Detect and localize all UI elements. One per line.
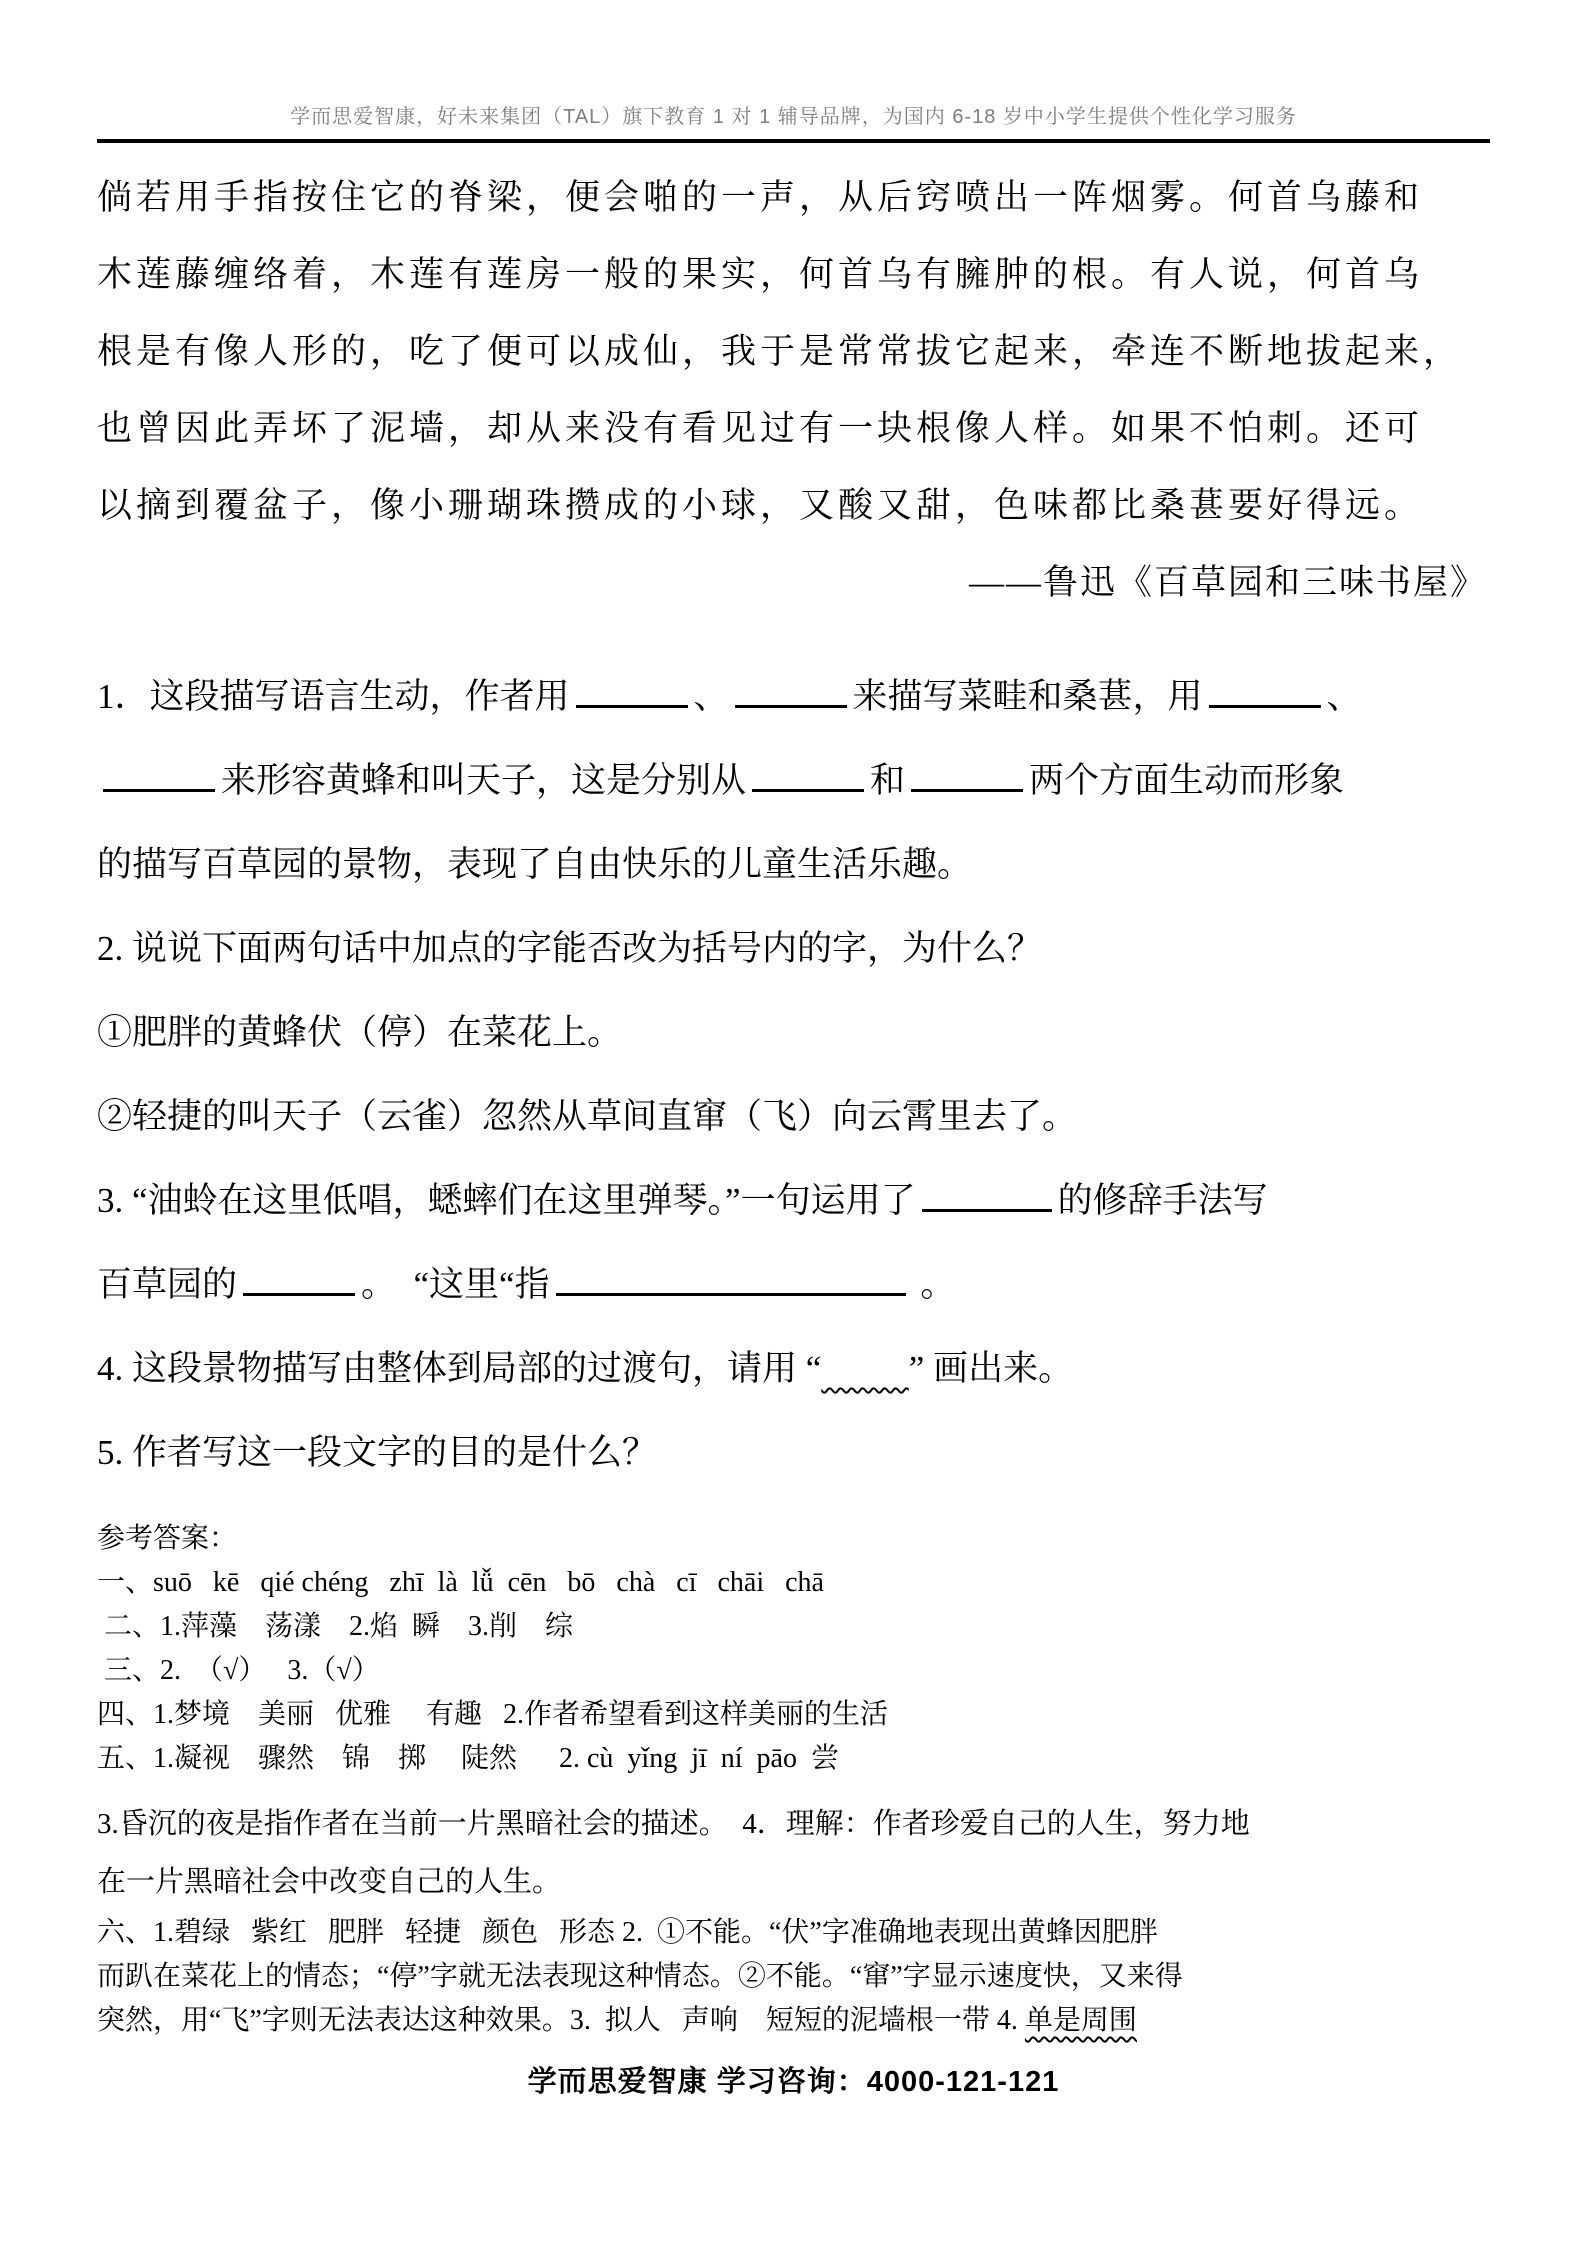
answer-row-7: 六、1.碧绿 紫红 肥胖 轻捷 颜色 形态 2. ①不能。“伏”字准确地表现出黄… (97, 1911, 1490, 1955)
answer-blank (752, 754, 864, 792)
passage-attribution: ——鲁迅《百草园和三味书屋》 (0, 544, 1587, 621)
question-1-text: 1．这段描写语言生动，作者用 (97, 677, 570, 716)
answer-row-8: 而趴在菜花上的情态；“停”字就无法表现这种情态。②不能。“窜”字显示速度快，又来… (97, 1955, 1490, 1999)
question-2-item-1: ①肥胖的黄蜂伏（停）在菜花上。 (97, 991, 1490, 1075)
answer-blank (911, 754, 1023, 792)
question-3-line-1: 3. “油蛉在这里低唱，蟋蟀们在这里弹琴。”一句运用了的修辞手法写 (97, 1159, 1490, 1243)
question-4: 4. 这段景物描写由整体到局部的过渡句，请用 “ ” 画出来。 (97, 1327, 1490, 1411)
question-2-item-2: ②轻捷的叫天子（云雀）忽然从草间直窜（飞）向云霄里去了。 (97, 1075, 1490, 1159)
wavy-line-blank (821, 1349, 909, 1388)
passage-line-3: 根是有像人形的，吃了便可以成仙，我于是常常拔它起来，牵连不断地拔起来， (97, 313, 1490, 390)
answer-row-6-line-1: 3.昏沉的夜是指作者在当前一片黑暗社会的描述。 4．理解：作者珍爱自己的人生，努… (97, 1795, 1490, 1853)
answer-blank (556, 1258, 906, 1296)
passage-line-2: 木莲藤缠络着，木莲有莲房一般的果实，何首乌有臃肿的根。有人说，何首乌 (97, 236, 1490, 313)
question-3-line-2: 百草园的。 “这里“指 。 (97, 1243, 1490, 1327)
header-text: 学而思爱智康，好未来集团（TAL）旗下教育 1 对 1 辅导品牌，为国内 6-1… (0, 0, 1587, 129)
answer-row-4: 四、1.梦境 美丽 优雅 有趣 2.作者希望看到这样美丽的生活 (97, 1693, 1490, 1737)
answer-blank (243, 1258, 355, 1296)
answer-row-6-line-2: 在一片黑暗社会中改变自己的人生。 (97, 1853, 1490, 1911)
answer-blank (1209, 670, 1321, 708)
answers-title: 参考答案： (97, 1517, 1490, 1561)
answer-blank (576, 670, 688, 708)
question-1-line-2: 来形容黄蜂和叫天子，这是分别从和两个方面生动而形象 (97, 739, 1490, 823)
answer-blank (922, 1174, 1052, 1212)
answer-row-3: 三、2. （√） 3.（√） (97, 1649, 1490, 1693)
header-divider (97, 139, 1490, 143)
answer-row-1-pinyin: 一、suō kē qié chéng zhī là lǚ cēn bō chà … (97, 1561, 1490, 1605)
question-5: 5. 作者写这一段文字的目的是什么？ (97, 1411, 1490, 1495)
wavy-underlined-answer: 单是周围 (1025, 2005, 1137, 2036)
passage-line-5: 以摘到覆盆子，像小珊瑚珠攒成的小球，又酸又甜，色味都比桑葚要好得远。 (97, 467, 1490, 544)
question-2-title: 2. 说说下面两句话中加点的字能否改为括号内的字，为什么？ (97, 907, 1490, 991)
answer-row-2: 二、1.萍藻 荡漾 2.焰 瞬 3.削 综 (97, 1605, 1490, 1649)
answer-row-9: 突然，用“飞”字则无法表达这种效果。3. 拟人 声响 短短的泥墙根一带 4. 单… (97, 1999, 1490, 2043)
questions-section: 1．这段描写语言生动，作者用、来描写菜畦和桑葚，用、 来形容黄蜂和叫天子，这是分… (97, 655, 1490, 1495)
passage-line-4: 也曾因此弄坏了泥墙，却从来没有看见过有一块根像人样。如果不怕刺。还可 (97, 390, 1490, 467)
answers-section: 参考答案： 一、suō kē qié chéng zhī là lǚ cēn b… (97, 1517, 1490, 2043)
answer-row-5: 五、1.凝视 骤然 锦 掷 陡然 2. cù yǐng jī ní pāo 尝 (97, 1737, 1490, 1781)
passage: 倘若用手指按住它的脊梁，便会啪的一声，从后窍喷出一阵烟雾。何首乌藤和 木莲藤缠络… (97, 159, 1490, 544)
passage-line-1: 倘若用手指按住它的脊梁，便会啪的一声，从后窍喷出一阵烟雾。何首乌藤和 (97, 159, 1490, 236)
page: 学而思爱智康，好未来集团（TAL）旗下教育 1 对 1 辅导品牌，为国内 6-1… (0, 0, 1587, 2100)
answer-paragraph: 3.昏沉的夜是指作者在当前一片黑暗社会的描述。 4．理解：作者珍爱自己的人生，努… (97, 1795, 1490, 1911)
question-1-line-3: 的描写百草园的景物，表现了自由快乐的儿童生活乐趣。 (97, 823, 1490, 907)
question-1-line-1: 1．这段描写语言生动，作者用、来描写菜畦和桑葚，用、 (97, 655, 1490, 739)
answer-blank (103, 754, 215, 792)
answer-blank (735, 670, 847, 708)
footer-text: 学而思爱智康 学习咨询：4000-121-121 (0, 2059, 1587, 2100)
